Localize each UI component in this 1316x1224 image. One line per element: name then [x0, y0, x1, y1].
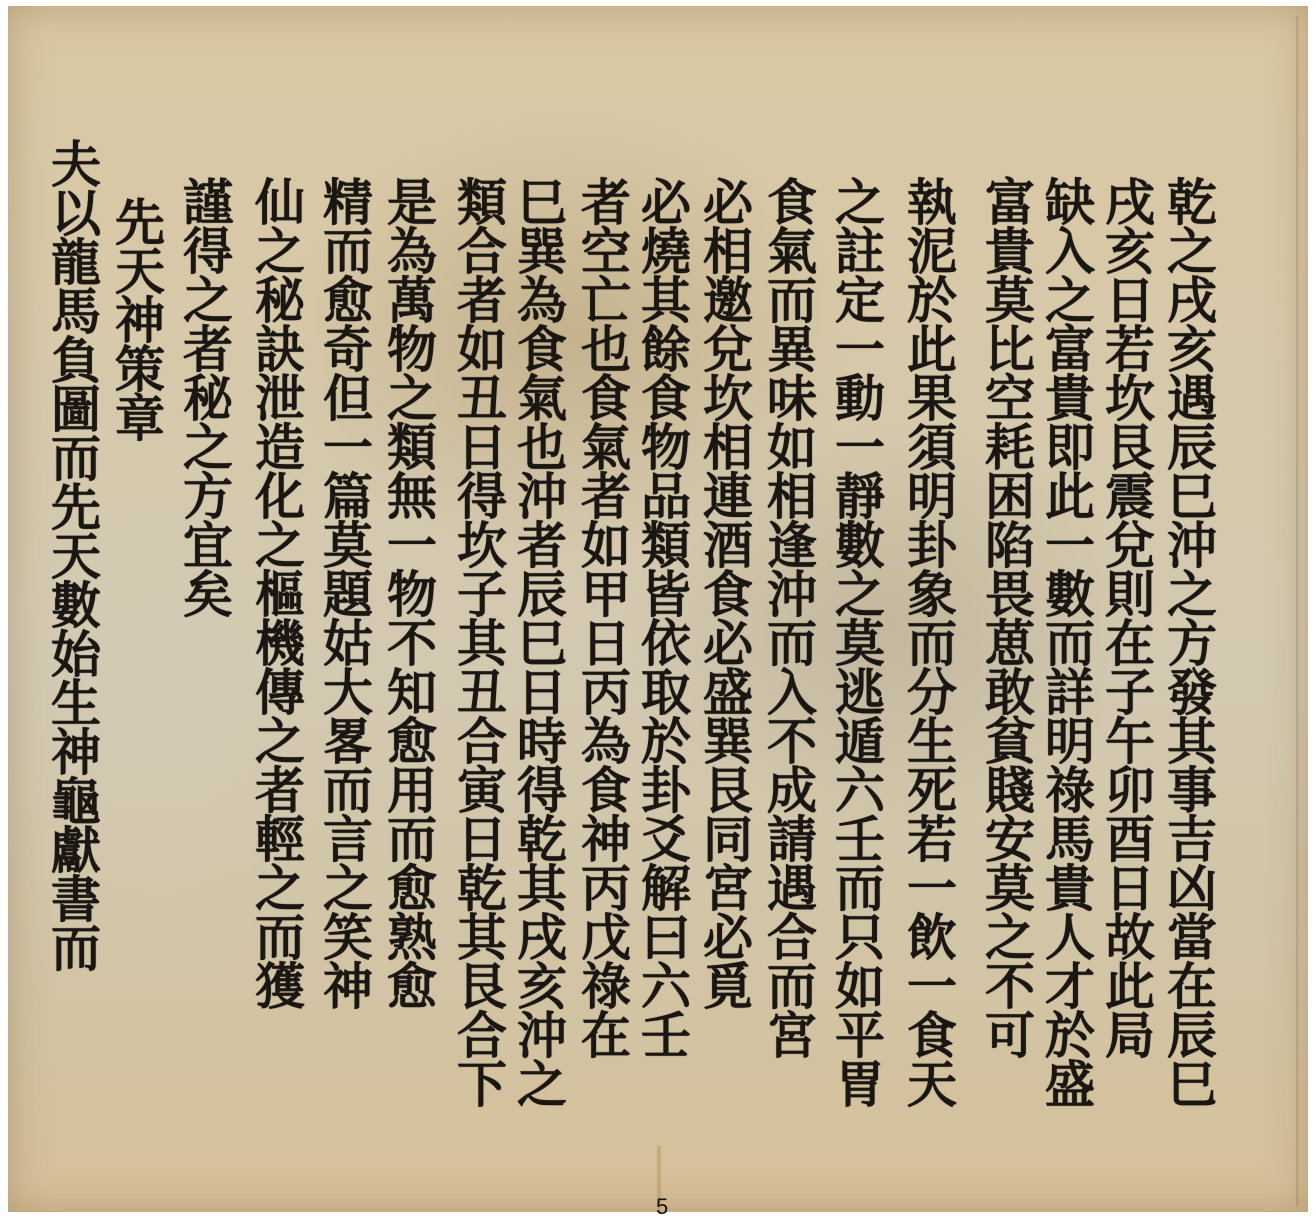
section-heading: 先天神策章	[106, 196, 166, 441]
text-column-15: 仙之秘訣泄造化之樞機傳之者輕之而獲	[246, 176, 306, 1009]
text-body: 乾之戌亥遇辰巳沖之方發其事吉凶當在辰巳 戌亥日若坎艮震兌則在子午卯酉日故此局 缺…	[48, 156, 1288, 1156]
text-column-5: 執泥於此果須明卦象而分生死若一飲一食天	[898, 176, 958, 1107]
text-column-16: 謹得之者秘之方宜矣	[174, 176, 234, 617]
text-column-4: 富貴莫比空耗困陷畏葸敢貧賤安莫之不可	[976, 176, 1036, 1058]
text-column-9: 必燒其餘食物品類皆依取於卦爻解曰六壬	[632, 176, 692, 1058]
text-column-8: 必相邀兌坎相連酒食必盛巽艮同宮必覓	[694, 176, 754, 1009]
text-column-13: 是為萬物之類無一物不知愈用而愈熟愈	[378, 176, 438, 1009]
page-edge-shadow	[1296, 16, 1300, 1206]
text-column-14: 精而愈奇但一篇莫題姑大畧而言之笑神	[314, 176, 374, 1009]
text-column-10: 者空亡也食氣者如甲日丙為食神丙戊祿在	[572, 176, 632, 1058]
text-column-1: 乾之戌亥遇辰巳沖之方發其事吉凶當在辰巳	[1158, 176, 1218, 1107]
text-column-2: 戌亥日若坎艮震兌則在子午卯酉日故此局	[1096, 176, 1156, 1058]
text-column-18: 夫以龍馬負圖而先天數始生神龜獻書而	[42, 138, 102, 971]
manuscript-page: 乾之戌亥遇辰巳沖之方發其事吉凶當在辰巳 戌亥日若坎艮震兌則在子午卯酉日故此局 缺…	[8, 6, 1308, 1212]
text-column-12: 類合者如丑日得坎子其丑合寅日乾其艮合下	[448, 176, 508, 1107]
text-column-7: 食氣而異味如相逢沖而入不成請遇合而宮	[758, 176, 818, 1058]
text-column-3: 缺入之富貴即此一數而詳明祿馬貴人才於盛	[1036, 176, 1096, 1107]
text-column-11: 巳巽為食氣也沖者辰巳日時得乾其戌亥沖之	[508, 176, 568, 1107]
page-number: 5	[656, 1194, 668, 1220]
text-column-6: 之註定一動一靜數之莫逃遁六壬而只如平胃	[826, 176, 886, 1107]
